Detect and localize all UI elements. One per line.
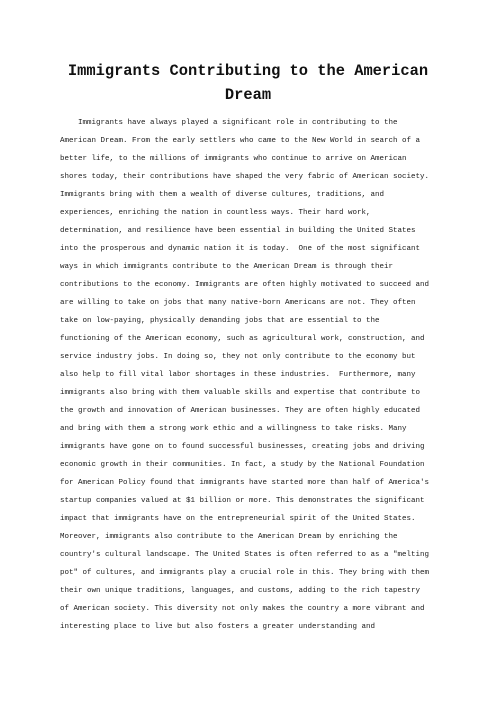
text-line: Moreover, immigrants also contribute to … bbox=[60, 528, 438, 546]
text-line: immigrants have gone on to found success… bbox=[60, 438, 438, 456]
text-line: Immigrants have always played a signific… bbox=[60, 114, 438, 132]
text-line: country's cultural landscape. The United… bbox=[60, 546, 438, 564]
text-line: impact that immigrants have on the entre… bbox=[60, 510, 438, 528]
text-line: Immigrants bring with them a wealth of d… bbox=[60, 186, 438, 204]
text-line: determination, and resilience have been … bbox=[60, 222, 438, 240]
text-line: the growth and innovation of American bu… bbox=[60, 402, 438, 420]
text-line: into the prosperous and dynamic nation i… bbox=[60, 240, 438, 258]
text-line: shores today, their contributions have s… bbox=[60, 168, 438, 186]
title-line: Dream bbox=[0, 83, 496, 107]
document-page: Immigrants Contributing to the AmericanD… bbox=[0, 0, 496, 702]
text-line: experiences, enriching the nation in cou… bbox=[60, 204, 438, 222]
text-line: pot" of cultures, and immigrants play a … bbox=[60, 564, 438, 582]
text-line: and bring with them a strong work ethic … bbox=[60, 420, 438, 438]
text-line: for American Policy found that immigrant… bbox=[60, 474, 438, 492]
text-line: American Dream. From the early settlers … bbox=[60, 132, 438, 150]
text-line: functioning of the American economy, suc… bbox=[60, 330, 438, 348]
text-line: of American society. This diversity not … bbox=[60, 600, 438, 618]
text-line: service industry jobs. In doing so, they… bbox=[60, 348, 438, 366]
text-line: immigrants also bring with them valuable… bbox=[60, 384, 438, 402]
text-line: ways in which immigrants contribute to t… bbox=[60, 258, 438, 276]
text-line: interesting place to live but also foste… bbox=[60, 618, 438, 636]
text-line: contributions to the economy. Immigrants… bbox=[60, 276, 438, 294]
document-body: Immigrants have always played a signific… bbox=[60, 114, 438, 636]
text-line: also help to fill vital labor shortages … bbox=[60, 366, 438, 384]
document-title: Immigrants Contributing to the AmericanD… bbox=[0, 0, 496, 107]
text-line: take on low-paying, physically demanding… bbox=[60, 312, 438, 330]
text-line: their own unique traditions, languages, … bbox=[60, 582, 438, 600]
text-line: better life, to the millions of immigran… bbox=[60, 150, 438, 168]
text-line: startup companies valued at $1 billion o… bbox=[60, 492, 438, 510]
text-line: economic growth in their communities. In… bbox=[60, 456, 438, 474]
text-line: are willing to take on jobs that many na… bbox=[60, 294, 438, 312]
title-line: Immigrants Contributing to the American bbox=[0, 59, 496, 83]
